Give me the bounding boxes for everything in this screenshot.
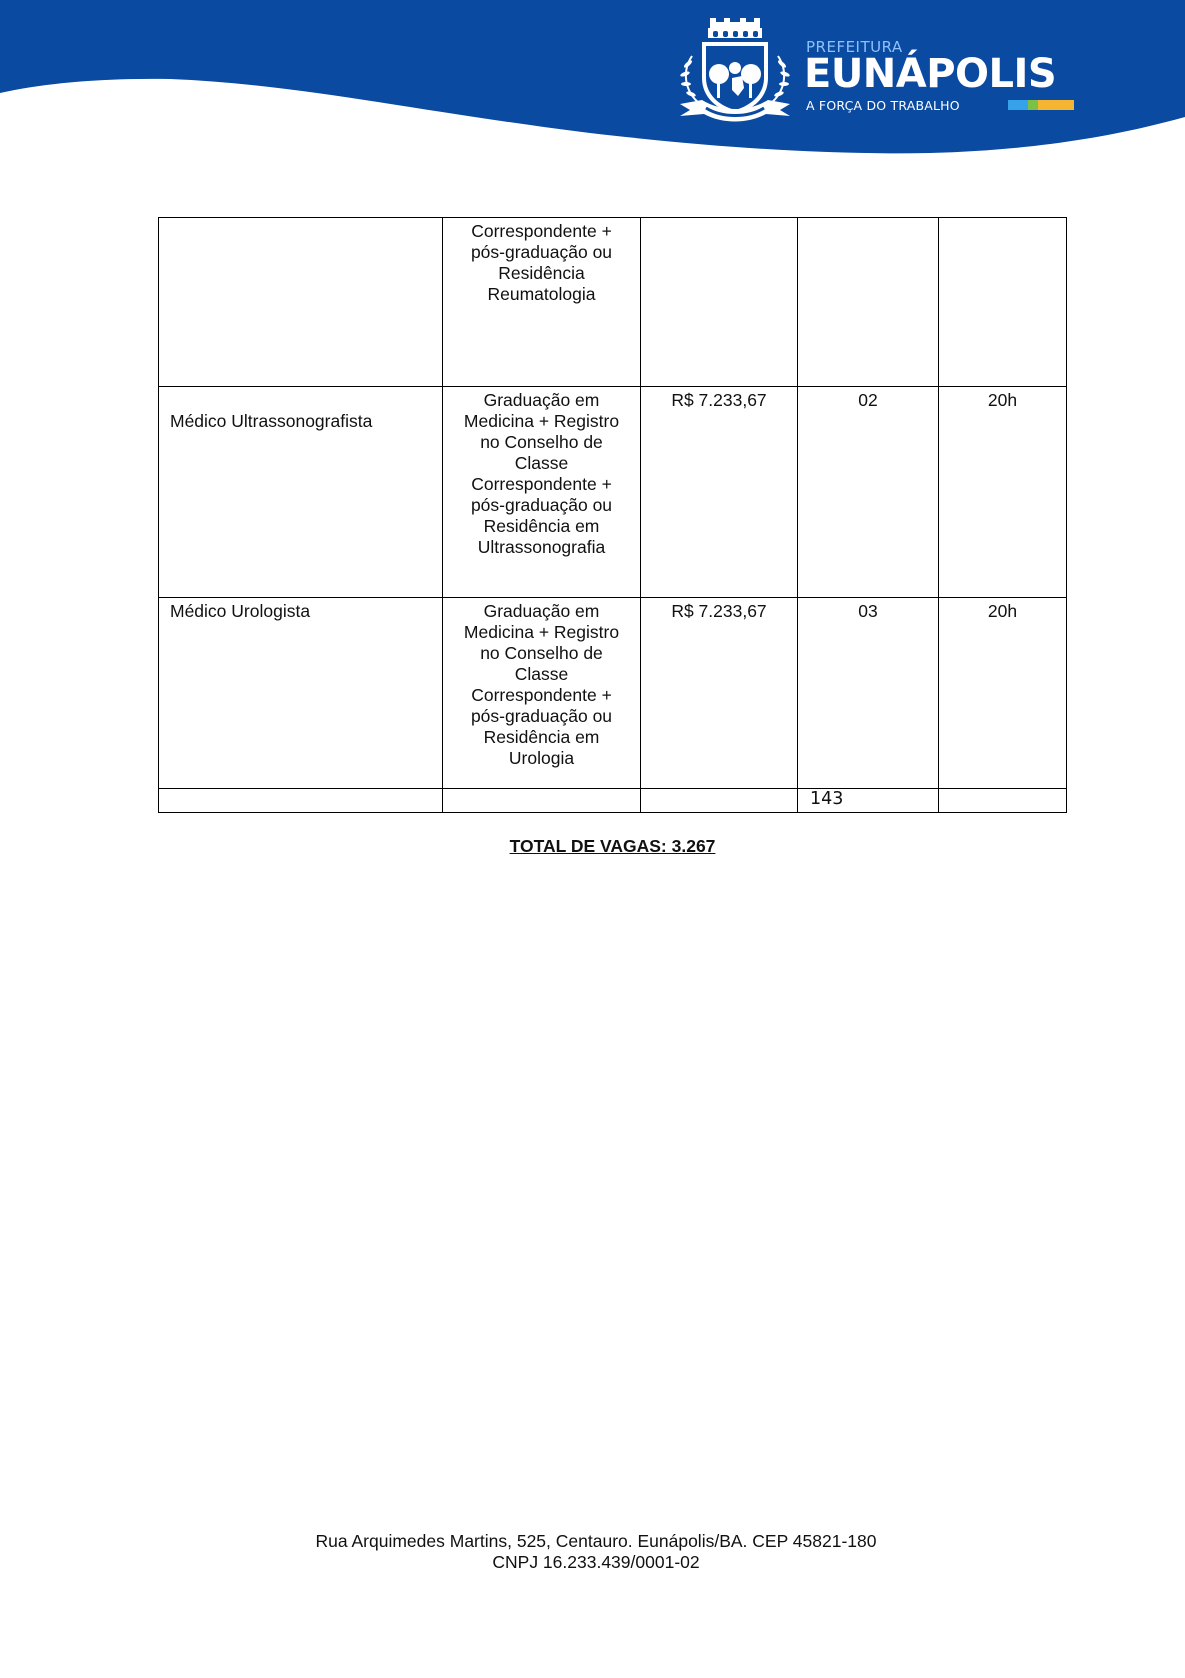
carga-horaria-text: 20h: [939, 598, 1066, 622]
total-vacancies-heading: TOTAL DE VAGAS: 3.267: [0, 836, 1185, 857]
cell-cargo: [159, 218, 443, 387]
requisitos-text: Graduação emMedicina + Registrono Consel…: [443, 598, 640, 769]
table-row: Médico Urologista Graduação emMedicina +…: [159, 598, 1067, 789]
cell-carga-horaria: 20h: [939, 598, 1067, 789]
total-cell-carga-horaria: [939, 789, 1067, 813]
total-cell-cargo: [159, 789, 443, 813]
footer-address: Rua Arquimedes Martins, 525, Centauro. E…: [0, 1531, 1185, 1552]
cell-vagas: [798, 218, 939, 387]
cell-vagas: 03: [798, 598, 939, 789]
salario-text: R$ 7.233,67: [641, 598, 797, 622]
carga-horaria-text: [939, 218, 1066, 221]
brand-logo: PREFEITURA EUNÁPOLIS A FORÇA DO TRABALHO: [806, 38, 1086, 118]
table-row: Médico Ultrassonografista Graduação emMe…: [159, 387, 1067, 598]
requisito-line: pós-graduação ou: [443, 242, 640, 263]
brand-tagline: A FORÇA DO TRABALHO: [806, 98, 960, 113]
footer-cnpj: CNPJ 16.233.439/0001-02: [0, 1552, 1185, 1573]
requisito-line: pós-graduação ou: [443, 495, 640, 516]
requisitos-text: Graduação emMedicina + Registrono Consel…: [443, 387, 640, 558]
vacancies-table: Correspondente +pós-graduação ouResidênc…: [158, 217, 1067, 813]
requisito-line: Classe: [443, 453, 640, 474]
color-bar-green: [1028, 100, 1038, 110]
total-cell-requisitos: [443, 789, 641, 813]
requisito-line: Medicina + Registro: [443, 622, 640, 643]
requisito-line: Ultrassonografia: [443, 537, 640, 558]
table-row: Correspondente +pós-graduação ouResidênc…: [159, 218, 1067, 387]
cargo-text: [170, 218, 442, 221]
vagas-text: [798, 218, 938, 221]
requisito-line: Reumatologia: [443, 284, 640, 305]
cell-cargo: Médico Urologista: [159, 598, 443, 789]
requisito-line: Residência em: [443, 727, 640, 748]
cell-salario: R$ 7.233,67: [641, 598, 798, 789]
requisitos-text: Correspondente +pós-graduação ouResidênc…: [443, 218, 640, 305]
cell-requisitos: Graduação emMedicina + Registrono Consel…: [443, 387, 641, 598]
cell-carga-horaria: [939, 218, 1067, 387]
requisito-line: no Conselho de: [443, 643, 640, 664]
color-bar-blue: [1008, 100, 1028, 110]
requisito-line: pós-graduação ou: [443, 706, 640, 727]
total-cell-salario: [641, 789, 798, 813]
brand-name: EUNÁPOLIS: [804, 52, 1056, 96]
color-bar-yellow: [1038, 100, 1074, 110]
total-vagas-count: 143: [810, 789, 843, 809]
requisito-line: Graduação em: [443, 390, 640, 411]
cell-salario: R$ 7.233,67: [641, 387, 798, 598]
total-cell-vagas: 143: [798, 789, 939, 813]
cell-cargo: Médico Ultrassonografista: [159, 387, 443, 598]
cell-requisitos: Correspondente +pós-graduação ouResidênc…: [443, 218, 641, 387]
page-footer: Rua Arquimedes Martins, 525, Centauro. E…: [0, 1531, 1185, 1573]
requisito-line: Residência: [443, 263, 640, 284]
cargo-text: Médico Urologista: [170, 598, 442, 622]
cell-requisitos: Graduação emMedicina + Registrono Consel…: [443, 598, 641, 789]
requisito-line: Medicina + Registro: [443, 411, 640, 432]
requisito-line: Residência em: [443, 516, 640, 537]
brand-color-bar: [1008, 100, 1074, 110]
requisito-line: Correspondente +: [443, 685, 640, 706]
cell-vagas: 02: [798, 387, 939, 598]
requisito-line: Urologia: [443, 748, 640, 769]
requisito-line: Graduação em: [443, 601, 640, 622]
vagas-text: 03: [798, 598, 938, 622]
vacancies-table-body: Correspondente +pós-graduação ouResidênc…: [159, 218, 1067, 813]
requisito-line: Correspondente +: [443, 474, 640, 495]
requisito-line: no Conselho de: [443, 432, 640, 453]
salario-text: R$ 7.233,67: [641, 387, 797, 411]
salario-text: [641, 218, 797, 221]
cell-carga-horaria: 20h: [939, 387, 1067, 598]
requisito-line: Correspondente +: [443, 221, 640, 242]
cargo-text: Médico Ultrassonografista: [170, 387, 442, 432]
municipal-crest-icon: [672, 16, 798, 128]
carga-horaria-text: 20h: [939, 387, 1066, 411]
requisito-line: Classe: [443, 664, 640, 685]
letterhead-banner: PREFEITURA EUNÁPOLIS A FORÇA DO TRABALHO: [0, 0, 1185, 170]
table-total-row: 143: [159, 789, 1067, 813]
cell-salario: [641, 218, 798, 387]
vagas-text: 02: [798, 387, 938, 411]
